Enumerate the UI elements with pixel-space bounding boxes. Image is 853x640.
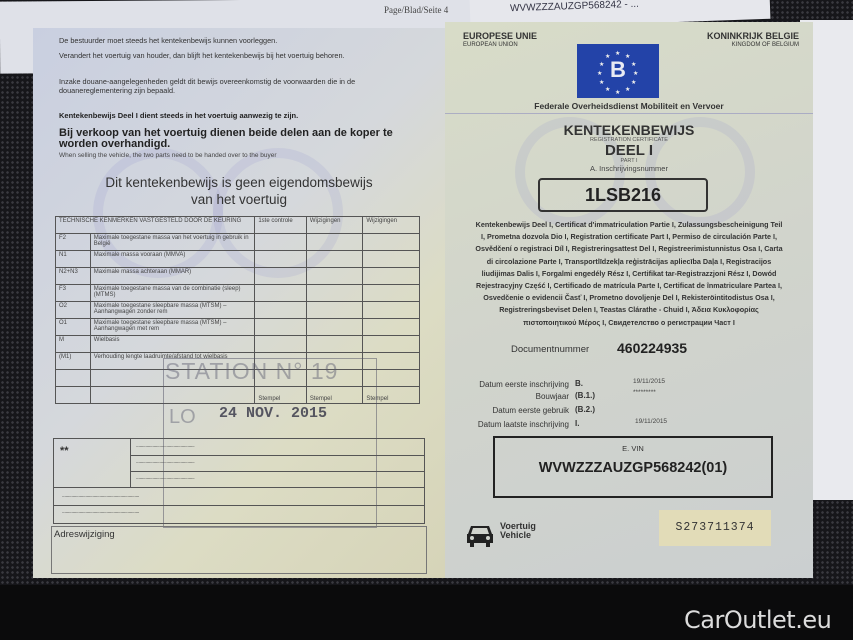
row-desc: Maximale toegestane massa van de combina… (90, 285, 255, 302)
table-row: O2Maximale toegestane sleepbare massa (M… (56, 302, 420, 319)
star-icon: ★ (599, 79, 604, 86)
inspection-stamp-prefix: LO (169, 406, 196, 429)
owner-box: ** .....................................… (53, 438, 425, 524)
field-code: I. (575, 419, 579, 428)
kingdom-label: KONINKRIJK BELGIE KINGDOM OF BELGIUM (707, 32, 799, 50)
cell (306, 268, 363, 285)
registration-certificate: De bestuurder moet steeds het kentekenbe… (33, 22, 813, 584)
row-code: O1 (56, 319, 91, 336)
dotted-line: ........................................… (62, 493, 139, 499)
star-icon: ★ (605, 86, 610, 93)
table-row: F3Maximale toegestane massa van de combi… (56, 285, 420, 302)
instruction-1: De bestuurder moet steeds het kentekenbe… (59, 37, 419, 46)
right-page: EUROPESE UNIE EUROPEAN UNION KONINKRIJK … (445, 22, 813, 578)
vehicle-label: Voertuig Vehicle (500, 522, 536, 540)
cell (255, 336, 306, 353)
divider (54, 487, 424, 488)
cell (56, 387, 91, 404)
ownership-notice-line2: van het voertuig (33, 191, 445, 208)
car-icon (465, 522, 495, 548)
vehicle-label-en: Vehicle (500, 531, 536, 540)
star-icon: ★ (597, 70, 602, 77)
field-label-text: Datum eerste gebruik (493, 406, 569, 415)
star-icon: ★ (605, 53, 610, 60)
vin-box: E. VIN WVWZZZAUZGP568242(01) (493, 436, 773, 498)
row-code: M (56, 336, 91, 353)
row-code: F3 (56, 285, 91, 302)
cell (306, 285, 363, 302)
multilingual-title-text: Kentekenbewijs Deel I, Certificat d'imma… (473, 219, 785, 329)
plate-number: 1LSB216 (538, 178, 708, 212)
owner-marker: ** (60, 445, 69, 457)
star-icon: ★ (633, 70, 638, 77)
cell (306, 234, 363, 251)
cell (306, 319, 363, 336)
row-desc: Wielbasis (90, 336, 255, 353)
star-icon: ★ (615, 50, 620, 57)
field-code: (B.2.) (575, 405, 595, 414)
field-value: ********* (633, 389, 656, 396)
eu-label-nl: EUROPESE UNIE (463, 31, 537, 41)
cell (363, 234, 420, 251)
field-label-text: Datum laatste inschrijving (478, 420, 569, 429)
cell (255, 302, 306, 319)
row-desc: Maximale toegestane massa van het voertu… (90, 234, 255, 251)
page-label: Page/Blad/Seite 4 (384, 5, 448, 15)
header-changes-2: Wijzigingen (363, 217, 420, 234)
divider (445, 113, 813, 114)
table-row: N2+N3Maximale massa achteraan (MMAR) (56, 268, 420, 285)
field-value: 19/11/2015 (635, 418, 667, 425)
row-code: O2 (56, 302, 91, 319)
table-row: O1Maximale toegestane sleepbare massa (M… (56, 319, 420, 336)
field-code: (B.1.) (575, 391, 595, 400)
dotted-line: ........................................… (136, 459, 194, 465)
cell (306, 251, 363, 268)
cell (363, 319, 420, 336)
vin-label: E. VIN (495, 444, 771, 453)
cell (363, 285, 420, 302)
divider (130, 455, 424, 456)
cell (363, 302, 420, 319)
must-carry-notice: Kentekenbewijs Deel I dient steeds in he… (59, 112, 419, 121)
row-code: F2 (56, 234, 91, 251)
row-desc: Maximale massa vooraan (MMVA) (90, 251, 255, 268)
divider (130, 439, 131, 487)
document-part: DEEL I (445, 143, 813, 158)
cell (306, 302, 363, 319)
authority-name: Federale Overheidsdienst Mobiliteit en V… (445, 101, 813, 111)
document-title: KENTEKENBEWIJS (445, 123, 813, 137)
carOutlet-watermark: CarOutlet.eu (684, 606, 831, 634)
cell (363, 336, 420, 353)
vin-value: WVWZZZAUZGP568242(01) (495, 460, 771, 476)
instruction-3: Inzake douane-aangelegenheden geldt dit … (59, 78, 419, 95)
address-change-label: Adreswijziging (54, 529, 115, 540)
ownership-notice-line1: Dit kentekenbewijs is geen eigendomsbewi… (33, 174, 445, 191)
field-label-text: Datum eerste inschrijving (479, 380, 569, 389)
star-icon: ★ (631, 79, 636, 86)
header-changes-1: Wijzigingen (306, 217, 363, 234)
row-code: N2+N3 (56, 268, 91, 285)
cell (255, 234, 306, 251)
sale-notice: Bij verkoop van het voertuig dienen beid… (59, 128, 419, 150)
eu-flag-icon: B ★ ★ ★ ★ ★ ★ ★ ★ ★ ★ ★ ★ (577, 44, 659, 98)
field-code: B. (575, 379, 583, 388)
ownership-notice: Dit kentekenbewijs is geen eigendomsbewi… (33, 174, 445, 208)
left-page: De bestuurder moet steeds het kentekenbe… (33, 28, 445, 578)
table-row: N1Maximale massa vooraan (MMVA) (56, 251, 420, 268)
row-code: N1 (56, 251, 91, 268)
field-label-text: Bouwjaar (536, 392, 569, 401)
dotted-line: ........................................… (62, 509, 139, 515)
cell (255, 319, 306, 336)
table-row: F2Maximale toegestane massa van het voer… (56, 234, 420, 251)
divider (130, 471, 424, 472)
document-number-label: Documentnummer (511, 344, 589, 355)
table-header: TECHNISCHE KENMERKEN VASTGESTELD DOOR DE… (56, 217, 420, 234)
table-row: MWielbasis (56, 336, 420, 353)
cell (363, 268, 420, 285)
instruction-2: Verandert het voertuig van houder, dan b… (59, 52, 419, 61)
document-number: 460224935 (617, 340, 687, 356)
cell (306, 336, 363, 353)
kingdom-label-en: KINGDOM OF BELGIUM (707, 41, 799, 50)
star-icon: ★ (599, 61, 604, 68)
eu-label-en: EUROPEAN UNION (463, 41, 537, 50)
dotted-line: ........................................… (136, 443, 194, 449)
sale-notice-en: When selling the vehicle, the two parts … (59, 152, 419, 161)
row-desc: Maximale toegestane sleepbare massa (MTS… (90, 319, 255, 336)
row-code: (M1) (56, 353, 91, 370)
header-tech: TECHNISCHE KENMERKEN VASTGESTELD DOOR DE… (56, 217, 255, 234)
row-desc: Maximale massa achteraan (MMAR) (90, 268, 255, 285)
row-desc: Maximale toegestane sleepbare massa (MTS… (90, 302, 255, 319)
serial-number: S273711374 (659, 510, 771, 546)
star-icon: ★ (615, 89, 620, 96)
cell (363, 251, 420, 268)
plate-label: A. Inschrijvingsnummer (445, 164, 813, 173)
dotted-line: ........................................… (136, 475, 194, 481)
star-icon: ★ (625, 53, 630, 60)
cell (255, 268, 306, 285)
inspection-stamp-date: 24 NOV. 2015 (219, 405, 327, 422)
inspection-stamp-station: STATION N° 19 (165, 358, 338, 385)
country-code: B (577, 57, 659, 83)
cell (255, 251, 306, 268)
star-icon: ★ (625, 86, 630, 93)
header-control: 1ste controle (255, 217, 306, 234)
star-icon: ★ (631, 61, 636, 68)
cell (255, 285, 306, 302)
field-value: 19/11/2015 (633, 378, 665, 385)
kingdom-label-nl: KONINKRIJK BELGIE (707, 31, 799, 41)
address-change-box: Adreswijziging (51, 526, 427, 574)
eu-label: EUROPESE UNIE EUROPEAN UNION (463, 32, 537, 50)
cell (56, 370, 91, 387)
divider (54, 505, 424, 506)
